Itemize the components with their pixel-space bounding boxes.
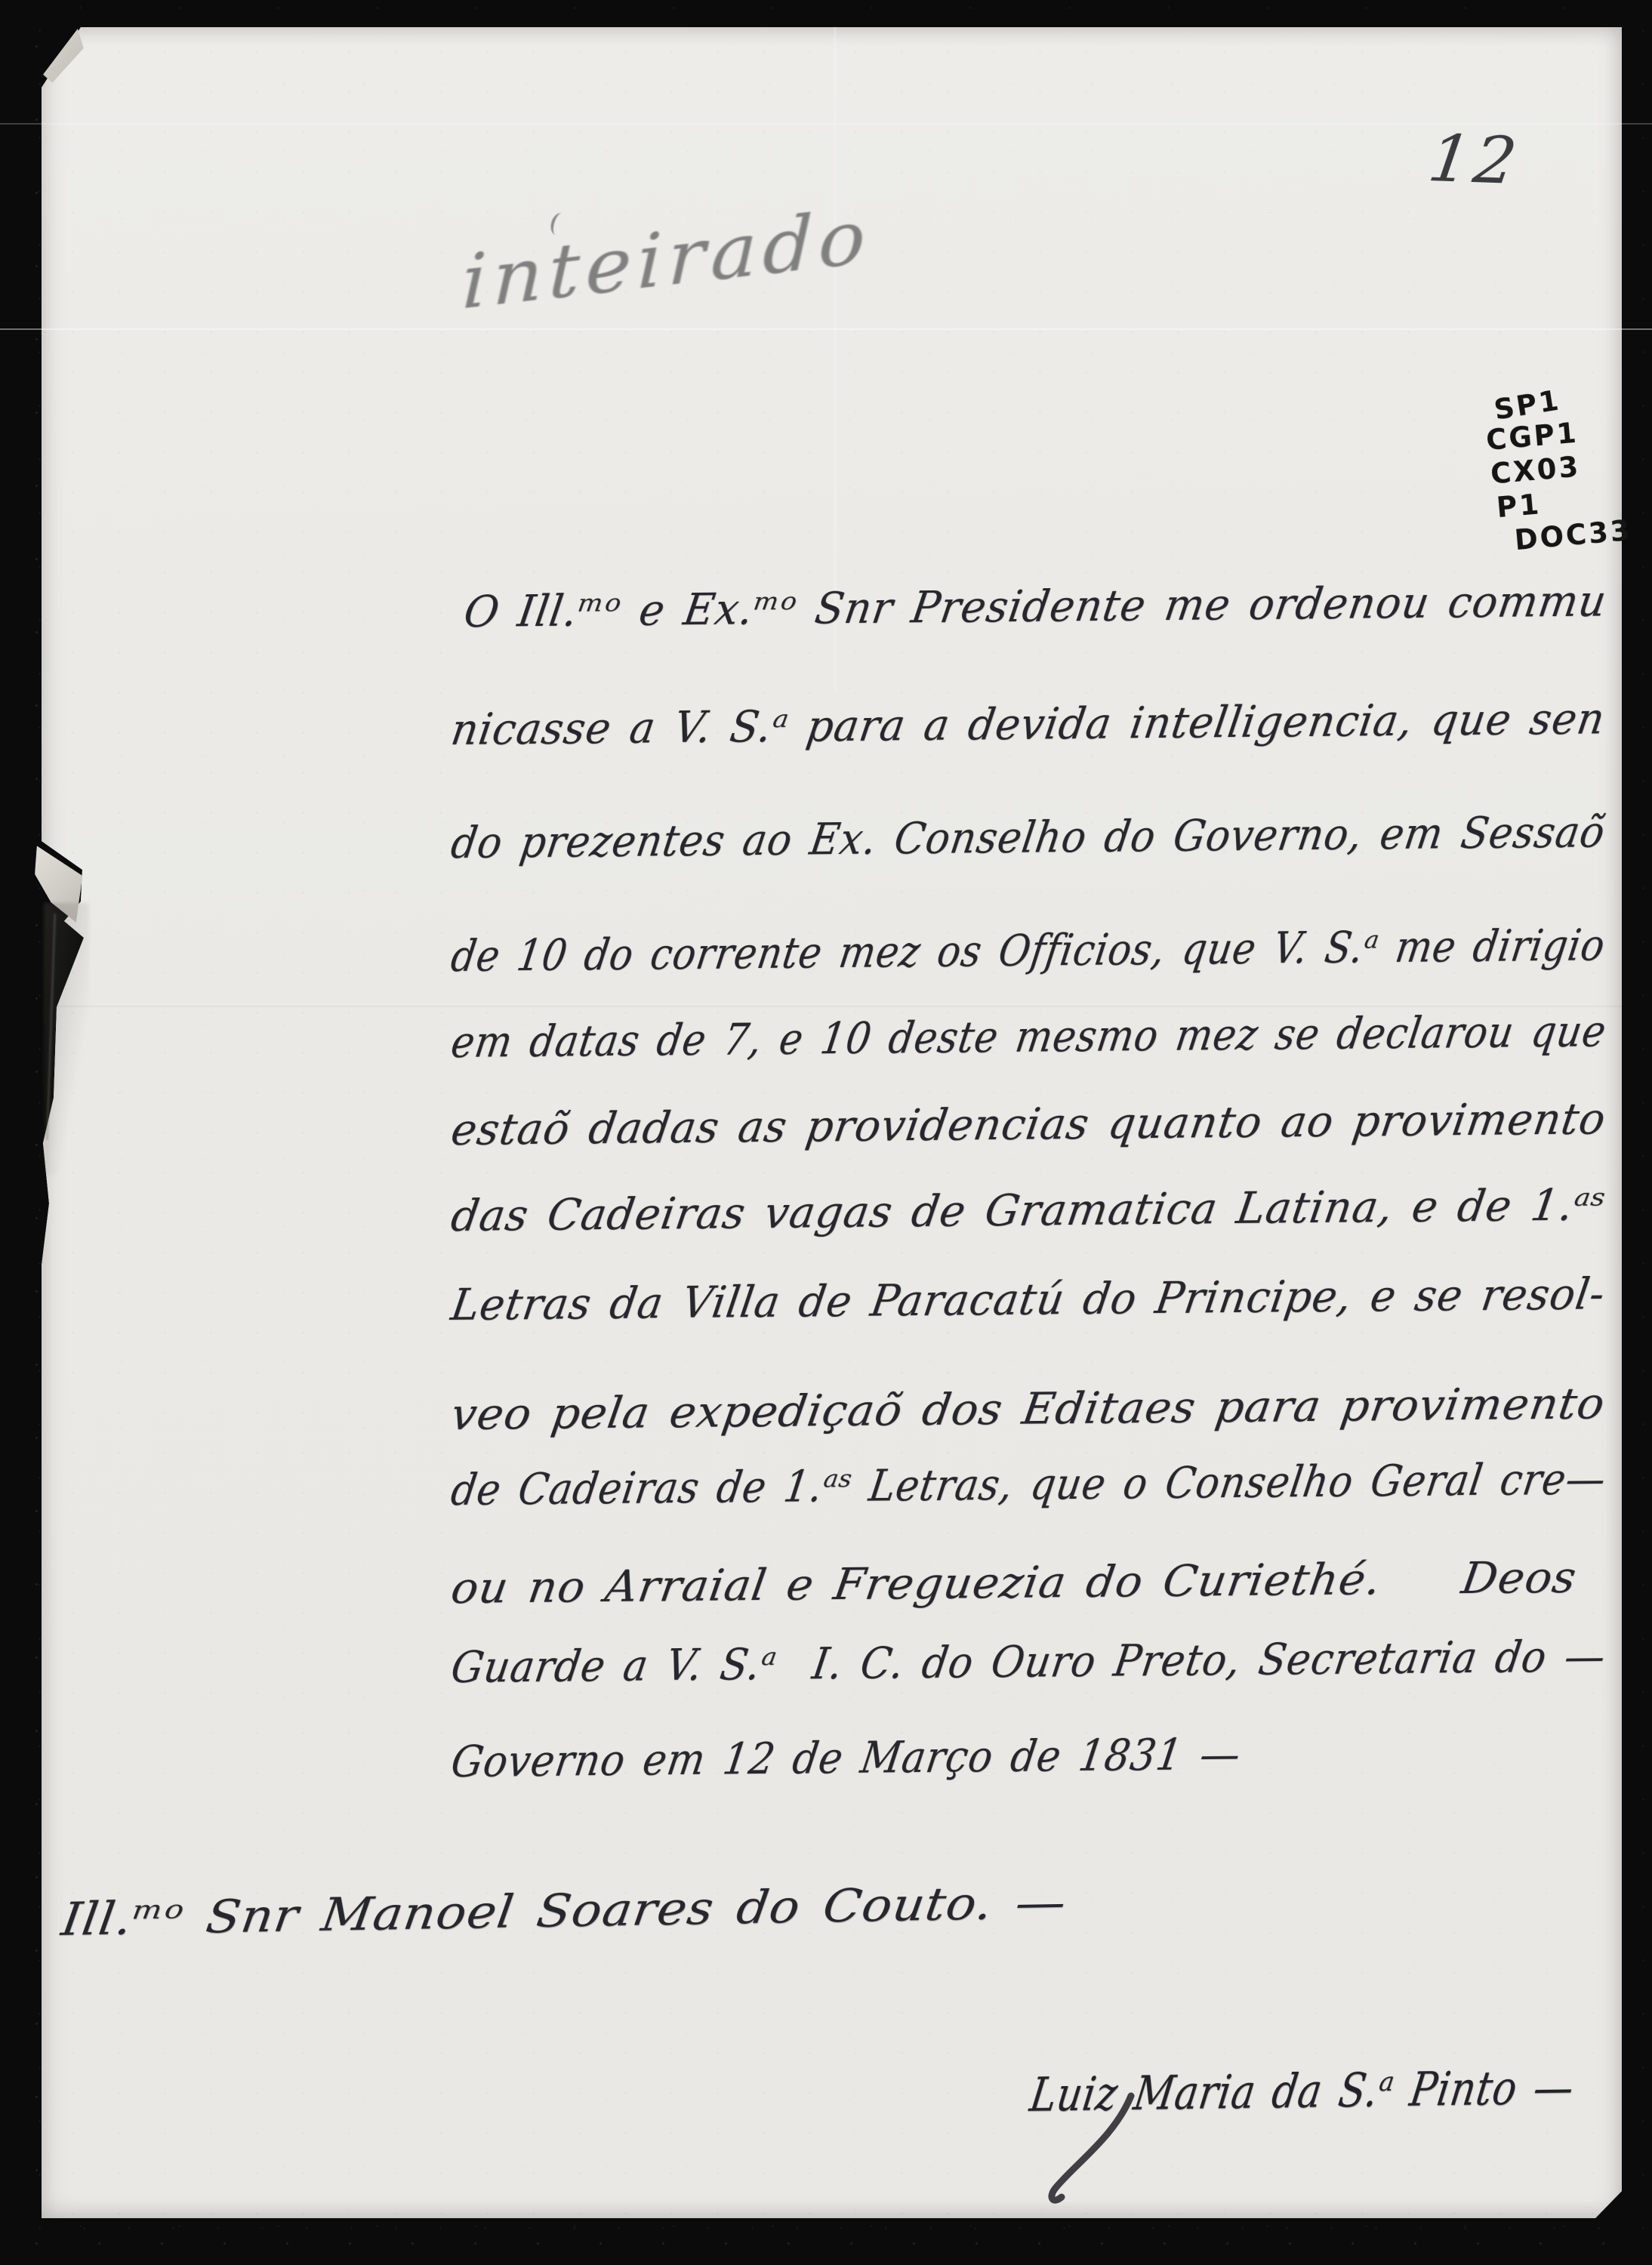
- manuscript-line: O Ill.ᵐᵒ e Ex.ᵐᵒ Snr Presidente me orden…: [461, 579, 1610, 635]
- manuscript-line: Governo em 12 de Março de 1831 —: [448, 1733, 1244, 1786]
- manuscript-line: de 10 do corrente mez os Officios, que V…: [448, 923, 1608, 980]
- manuscript-line: ou no Arraial e Freguezia do Curiethé. D…: [448, 1556, 1580, 1612]
- handwriting-layer: 12 inteirado SP1 CGP1 CX03 P1 DOC33 O Il…: [0, 0, 1652, 2265]
- manuscript-line: de Cadeiras de 1.ᵃˢ Letras, que o Consel…: [448, 1457, 1609, 1514]
- manuscript-line: das Cadeiras vagas de Gramatica Latina, …: [448, 1183, 1609, 1240]
- archive-reference-stamp: SP1 CGP1 CX03 P1 DOC33: [1482, 378, 1634, 559]
- manuscript-line: do prezentes ao Ex. Conselho do Governo,…: [448, 810, 1608, 867]
- page-number: 12: [1424, 121, 1524, 199]
- scanned-manuscript-photo: { "letter": { "page_number": "12", "penc…: [0, 0, 1652, 2265]
- manuscript-line: veo pela expediçaõ dos Editaes para prov…: [448, 1382, 1608, 1438]
- manuscript-line: Letras da Villa de Paracatú do Principe,…: [448, 1272, 1608, 1329]
- manuscript-line: em datas de 7, e 10 deste mesmo mez se d…: [448, 1009, 1610, 1066]
- manuscript-line: estaõ dadas as providencias quanto ao pr…: [448, 1097, 1609, 1154]
- manuscript-line: Guarde a V. S.ᵃ I. C. do Ouro Preto, Sec…: [448, 1635, 1609, 1691]
- pencil-annotation: inteirado: [461, 193, 872, 327]
- addressee-line: Ill.ᵐᵒ Snr Manoel Soares do Couto. —: [58, 1876, 1070, 1946]
- signature-flourish: [1042, 2091, 1208, 2212]
- manuscript-line: nicasse a V. S.ᵃ para a devida intellige…: [448, 697, 1608, 753]
